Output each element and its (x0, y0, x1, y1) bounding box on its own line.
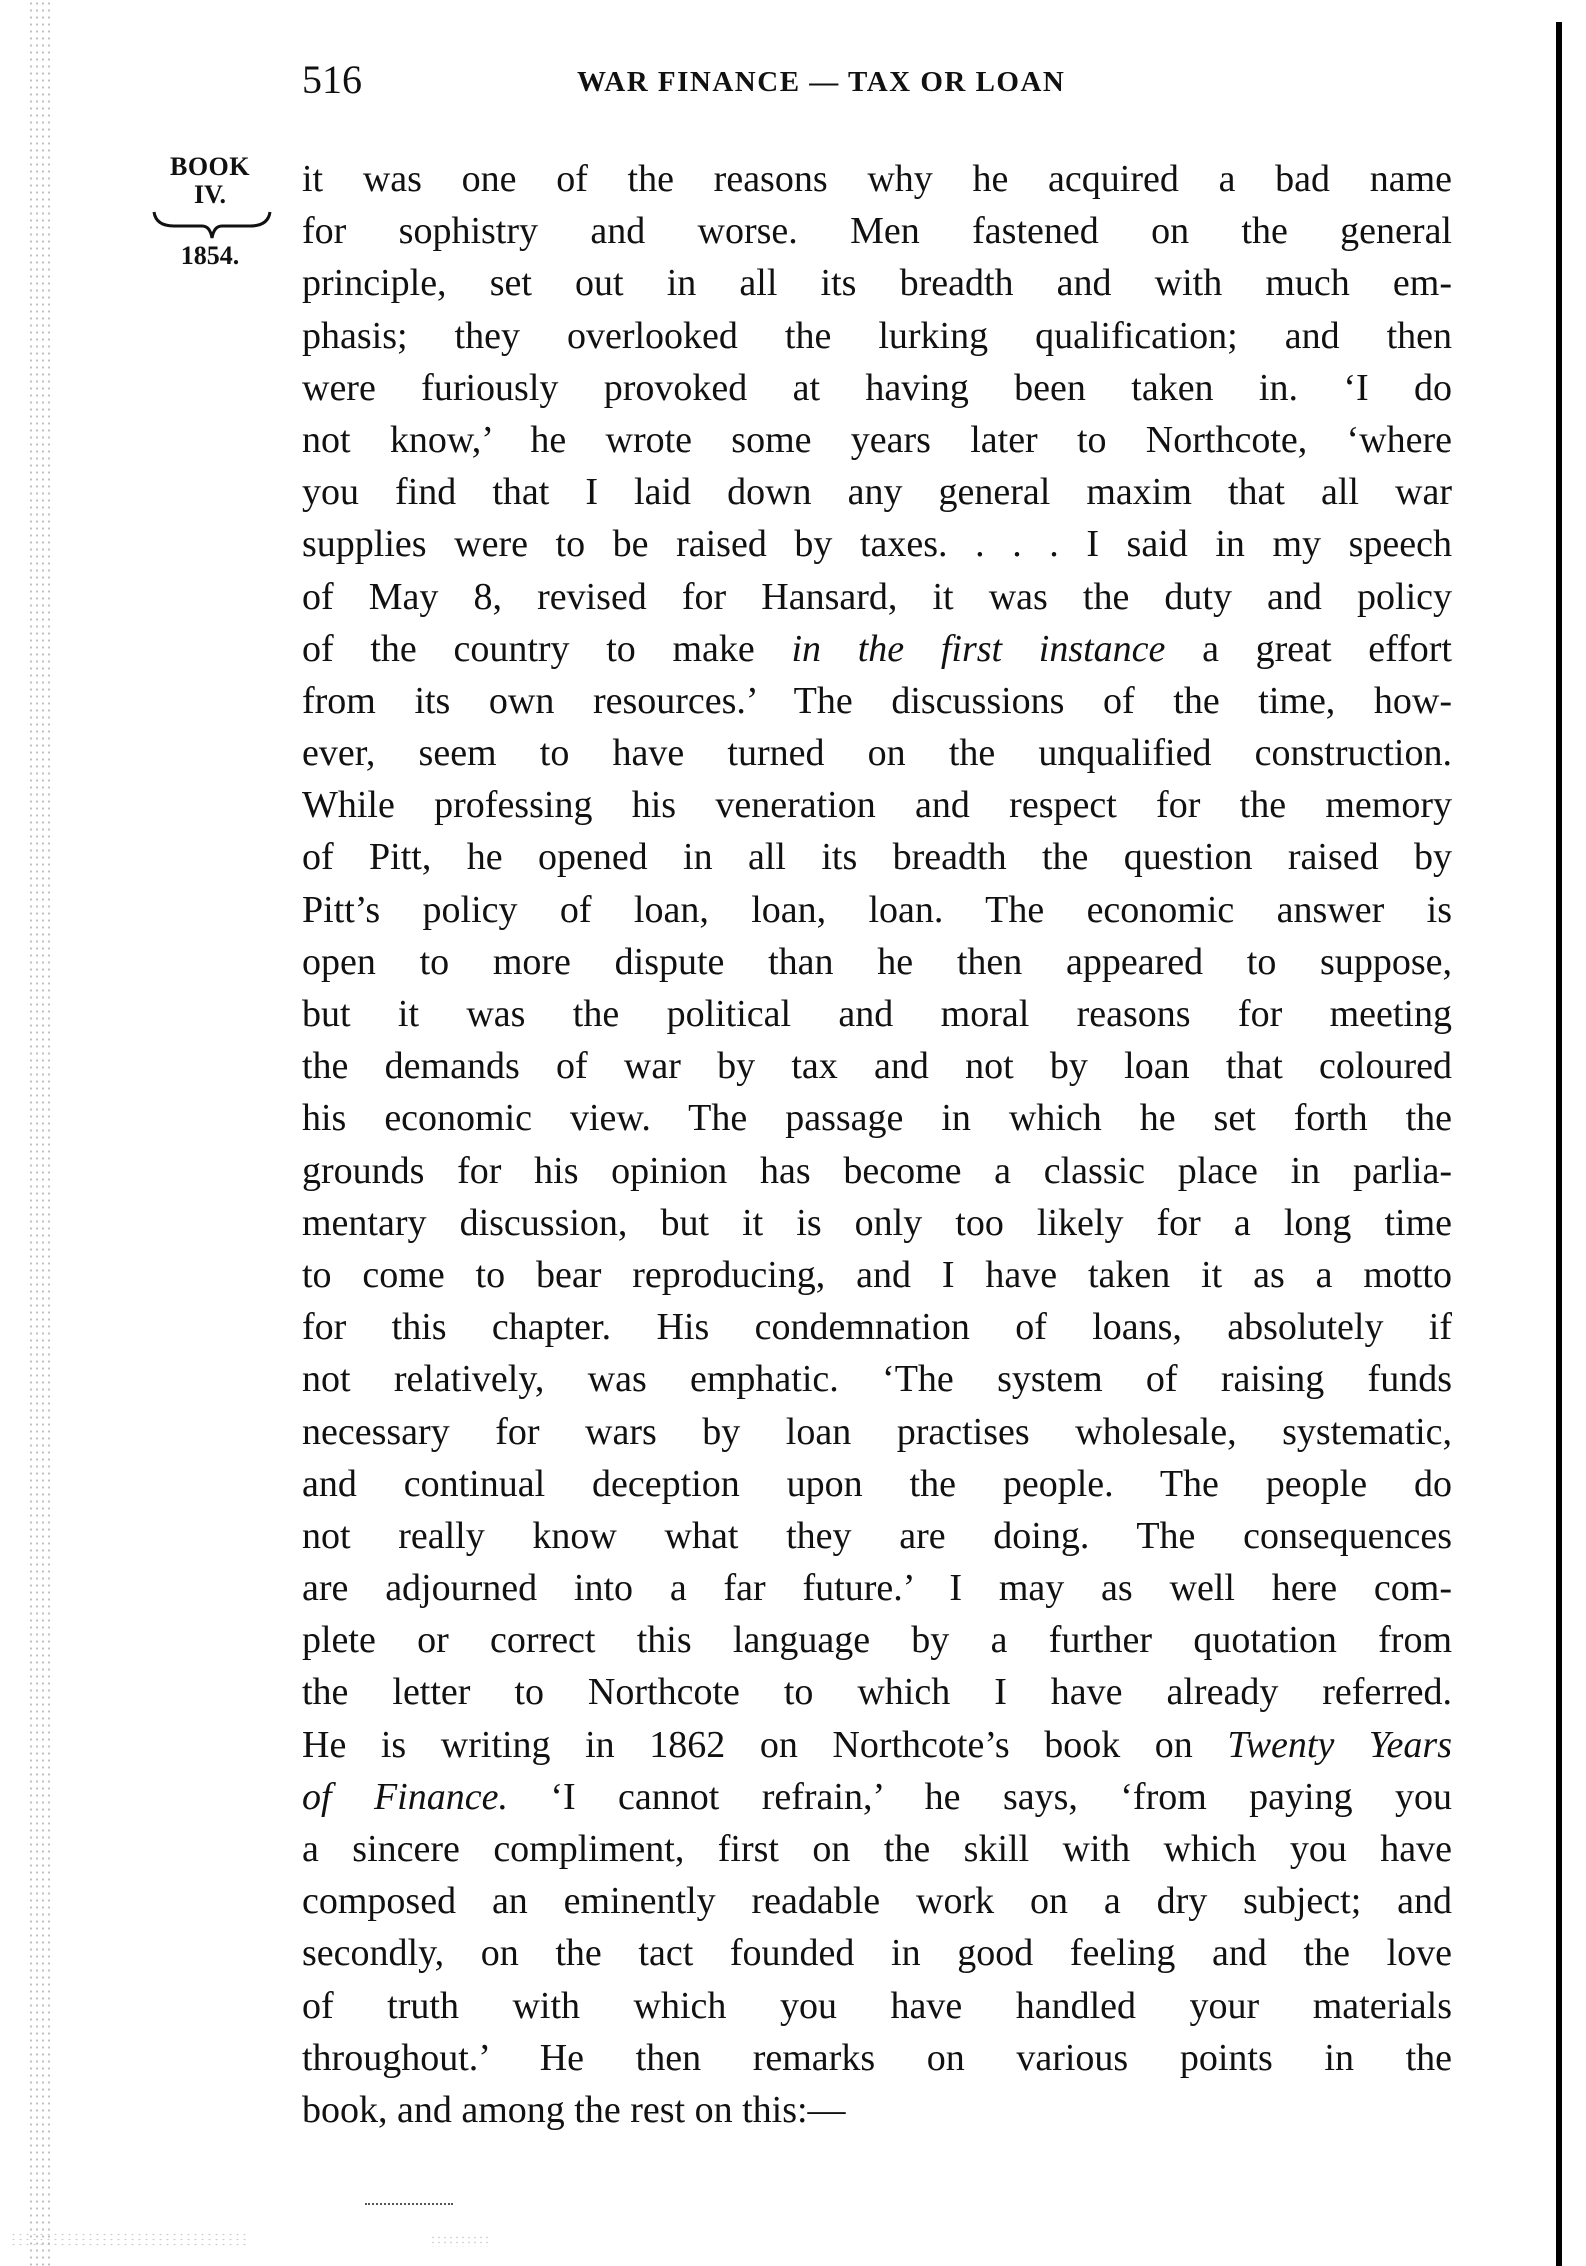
text-line: of truth with which you have handled you… (302, 1980, 1452, 2032)
text-line: mentary discussion, but it is only too l… (302, 1197, 1452, 1249)
margin-book-label: BOOK (150, 152, 270, 182)
text-line: but it was the political and moral reaso… (302, 988, 1452, 1040)
text-line: supplies were to be raised by taxes. . .… (302, 518, 1452, 570)
text-segment: ‘I cannot refrain,’ he says, ‘from payin… (508, 1776, 1452, 1818)
text-line: his economic view. The passage in which … (302, 1092, 1452, 1144)
text-segment: a great effort (1165, 628, 1452, 670)
text-line: not know,’ he wrote some years later to … (302, 414, 1452, 466)
text-line: While professing his veneration and resp… (302, 779, 1452, 831)
text-line: principle, set out in all its breadth an… (302, 257, 1452, 309)
text-line: not really know what they are doing. The… (302, 1510, 1452, 1562)
text-line: were furiously provoked at having been t… (302, 362, 1452, 414)
page-number: 516 (302, 58, 362, 102)
scan-bottom-noise (10, 2232, 250, 2248)
text-line: you find that I laid down any general ma… (302, 466, 1452, 518)
scan-page-edge-bar (1556, 22, 1562, 2266)
text-line: of the country to make in the first inst… (302, 623, 1452, 675)
scan-bottom-noise (430, 2235, 490, 2247)
text-line: for sophistry and worse. Men fastened on… (302, 205, 1452, 257)
text-line: from its own resources.’ The discussions… (302, 675, 1452, 727)
italic-text: Twenty Years (1227, 1724, 1452, 1766)
text-line: grounds for his opinion has become a cla… (302, 1145, 1452, 1197)
text-line: and continual deception upon the people.… (302, 1458, 1452, 1510)
margin-note: BOOK IV. 1854. (150, 152, 270, 270)
italic-text: in the first instance (791, 628, 1165, 670)
text-line: ever, seem to have turned on the unquali… (302, 727, 1452, 779)
text-line: He is writing in 1862 on Northcote’s boo… (302, 1719, 1452, 1771)
text-segment: of the country to make (302, 628, 791, 670)
book-page: 516 WAR FINANCE — TAX OR LOAN BOOK IV. 1… (0, 0, 1586, 2266)
text-line: open to more dispute than he then appear… (302, 936, 1452, 988)
text-line: the letter to Northcote to which I have … (302, 1666, 1452, 1718)
text-line: a sincere compliment, first on the skill… (302, 1823, 1452, 1875)
text-line: throughout.’ He then remarks on various … (302, 2032, 1452, 2084)
text-line: necessary for wars by loan practises who… (302, 1406, 1452, 1458)
text-line: for this chapter. His condemnation of lo… (302, 1301, 1452, 1353)
footer-mark (365, 2203, 453, 2207)
margin-year-label: 1854. (150, 242, 270, 270)
text-line: Pitt’s policy of loan, loan, loan. The e… (302, 884, 1452, 936)
text-line: of Finance. ‘I cannot refrain,’ he says,… (302, 1771, 1452, 1823)
text-line: phasis; they overlooked the lurking qual… (302, 310, 1452, 362)
text-line: of May 8, revised for Hansard, it was th… (302, 571, 1452, 623)
text-line: book, and among the rest on this:— (302, 2084, 1452, 2136)
text-line: to come to bear reproducing, and I have … (302, 1249, 1452, 1301)
margin-volume-label: IV. (150, 182, 270, 208)
text-line: the demands of war by tax and not by loa… (302, 1040, 1452, 1092)
text-line: secondly, on the tact founded in good fe… (302, 1927, 1452, 1979)
curly-brace-icon (150, 208, 274, 242)
text-segment: He is writing in 1862 on Northcote’s boo… (302, 1724, 1227, 1766)
text-line: plete or correct this language by a furt… (302, 1614, 1452, 1666)
body-text: it was one of the reasons why he acquire… (302, 153, 1452, 2136)
text-line: it was one of the reasons why he acquire… (302, 153, 1452, 205)
running-head: WAR FINANCE — TAX OR LOAN (577, 62, 1065, 102)
italic-text: of Finance. (302, 1776, 508, 1818)
text-line: of Pitt, he opened in all its breadth th… (302, 831, 1452, 883)
scan-edge-noise (28, 0, 54, 2266)
text-line: composed an eminently readable work on a… (302, 1875, 1452, 1927)
page-header: 516 WAR FINANCE — TAX OR LOAN (302, 58, 1450, 102)
text-line: are adjourned into a far future.’ I may … (302, 1562, 1452, 1614)
text-line: not relatively, was emphatic. ‘The syste… (302, 1353, 1452, 1405)
